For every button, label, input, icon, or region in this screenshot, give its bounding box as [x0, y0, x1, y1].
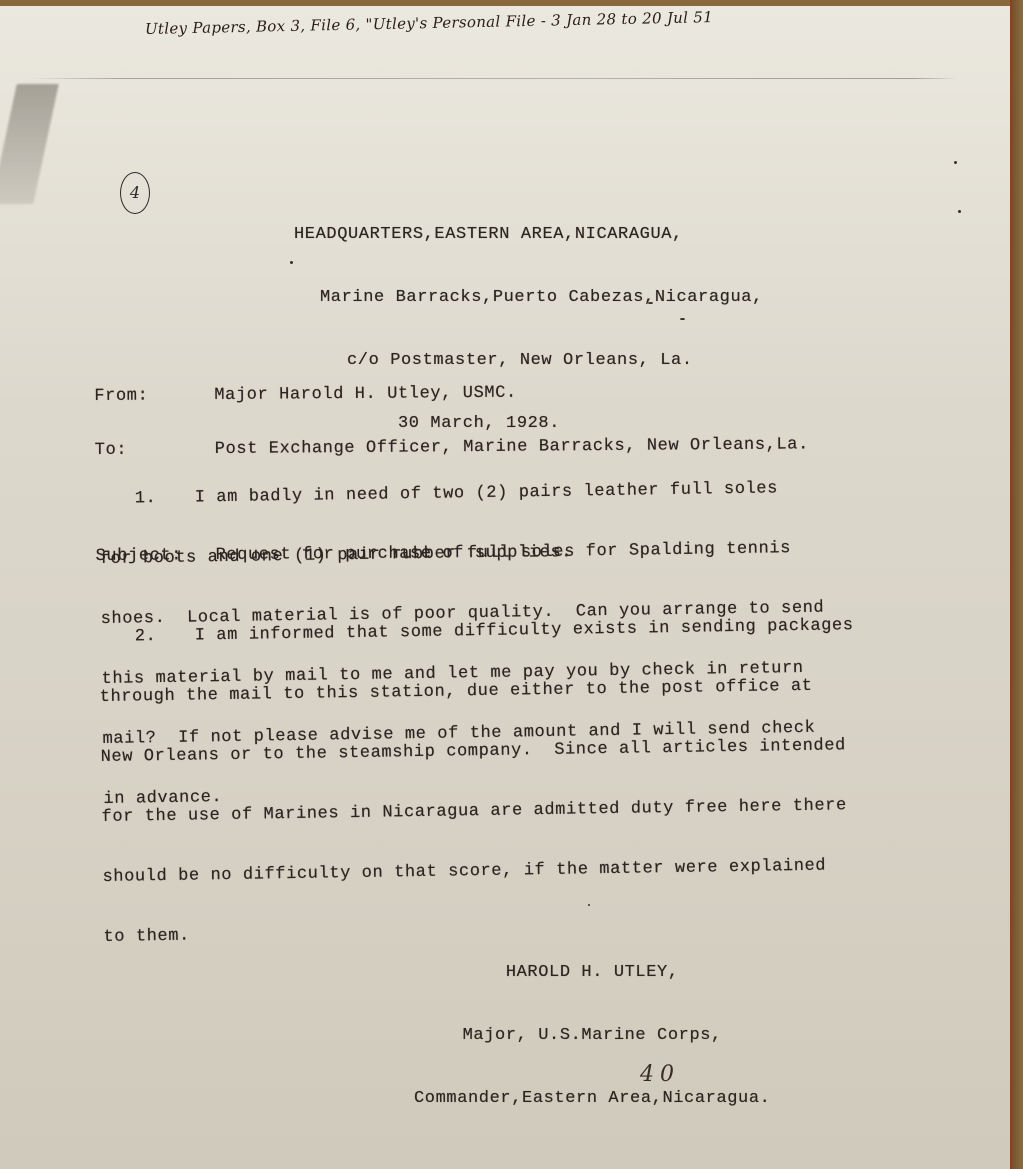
signature-block: HAROLD H. UTLEY, Major, U.S.Marine Corps…: [414, 920, 770, 1151]
paper-speck: [680, 318, 685, 320]
letterhead-line-1: HEADQUARTERS,EASTERN AREA,NICARAGUA,: [294, 224, 763, 245]
archive-note: Utley Papers, Box 3, File 6, "Utley's Pe…: [145, 8, 713, 38]
paper-speck: [648, 302, 653, 304]
letter-page: Utley Papers, Box 3, File 6, "Utley's Pe…: [0, 6, 1010, 1169]
signature-title: Commander,Eastern Area,Nicaragua.: [414, 1088, 770, 1109]
paragraph-line: for the use of Marines in Nicaragua are …: [101, 796, 856, 828]
folio-mark-circled: 4: [120, 172, 150, 214]
signature-name: HAROLD H. UTLEY,: [414, 962, 770, 983]
paragraph-line: I am informed that some difficulty exist…: [195, 616, 854, 645]
paper-speck: [958, 210, 961, 213]
paper-speck: [616, 866, 619, 869]
paragraph-line: should be no difficulty on that score, i…: [102, 856, 857, 888]
from-label: From:: [94, 387, 214, 406]
photocopy-edge-line: [28, 78, 958, 79]
paper-speck: [954, 161, 957, 164]
from-value: Major Harold H. Utley, USMC.: [214, 385, 517, 405]
paragraph-line: I am badly in need of two (2) pairs leat…: [195, 479, 779, 507]
from-row: From: Major Harold H. Utley, USMC.: [94, 382, 808, 406]
letterhead-line-2: Marine Barracks,Puerto Cabezas,Nicaragua…: [294, 287, 763, 308]
page-number: 40: [640, 1062, 680, 1087]
background-surface-edge: [1010, 0, 1023, 1169]
paragraph-line: New Orleans or to the steamship company.…: [101, 736, 856, 768]
paragraph-line: through the mail to this station, due ei…: [100, 676, 855, 708]
paragraph-number: 2.: [99, 626, 195, 648]
photocopy-smudge: [0, 84, 59, 204]
paper-speck: [588, 904, 590, 906]
paragraph-number: 1.: [99, 488, 195, 510]
signature-rank: Major, U.S.Marine Corps,: [414, 1025, 770, 1046]
paper-speck: [290, 261, 293, 264]
paragraph-line: for boots and one (1) pair rubber full s…: [100, 539, 824, 570]
